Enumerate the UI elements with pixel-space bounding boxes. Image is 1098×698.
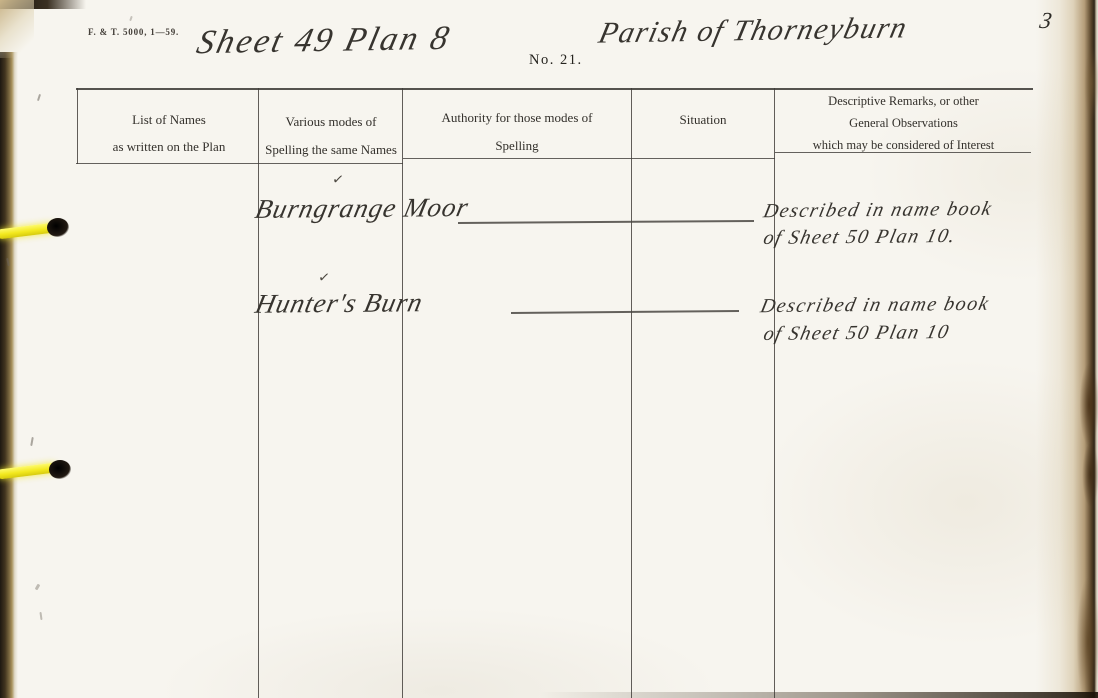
column-header-authority: Authority for those modes of Spelling — [404, 104, 630, 160]
stray-pen-mark — [37, 94, 41, 101]
document-scan: F. & T. 5000, 1—59. No. 21. Sheet 49 Pla… — [0, 0, 1098, 698]
column-header-line: Situation — [633, 112, 773, 128]
column-header-descriptive-remarks: Descriptive Remarks, or other General Ob… — [777, 90, 1030, 156]
stray-pen-mark — [129, 16, 133, 21]
handwritten-parish: Parish of Thorneyburn — [595, 11, 911, 50]
page-bottom-edge — [540, 692, 1098, 698]
entry-remark-line: Described in name book — [761, 198, 995, 223]
check-mark: ✓ — [331, 171, 345, 189]
column-header-line: as written on the Plan — [79, 133, 259, 160]
column-header-line: Descriptive Remarks, or other — [777, 90, 1030, 112]
page-right-torn-edge — [1036, 0, 1098, 698]
handwritten-sheet-plan: Sheet 49 Plan 8 — [193, 20, 455, 62]
binding-hole — [47, 218, 69, 237]
binding-hole — [49, 460, 71, 479]
column-divider-1 — [258, 88, 259, 698]
entry-name-burngrange-moor: Burngrange Moor — [252, 192, 472, 225]
column-header-line: Authority for those modes of — [404, 104, 630, 132]
entry-dash-line — [511, 310, 739, 313]
form-reference: F. & T. 5000, 1—59. — [88, 27, 179, 37]
column-header-line: Spelling the same Names — [261, 136, 401, 164]
entry-name-hunters-burn: Hunter's Burn — [252, 287, 426, 319]
check-mark: ✓ — [317, 269, 331, 287]
stray-pen-mark — [30, 437, 34, 446]
column-header-situation: Situation — [633, 112, 773, 128]
page-corner-top-left — [0, 0, 34, 58]
entry-remark-line: of Sheet 50 Plan 10. — [761, 225, 958, 250]
column-header-list-of-names: List of Names as written on the Plan — [79, 106, 259, 160]
stray-pen-mark — [35, 584, 41, 591]
column-header-line: General Observations — [777, 112, 1030, 134]
column-header-line: Spelling — [404, 132, 630, 160]
column-header-line: Various modes of — [261, 108, 401, 136]
column-divider-2 — [402, 88, 403, 698]
entry-dash-line — [458, 220, 754, 224]
column-header-line: List of Names — [79, 106, 259, 133]
stray-pen-mark — [39, 612, 42, 620]
column-header-spelling-modes: Various modes of Spelling the same Names — [261, 108, 401, 164]
column-divider-3 — [631, 88, 632, 698]
entry-remark-line: Described in name book — [758, 293, 992, 318]
column-divider-4 — [774, 88, 775, 698]
page-left-binding-edge — [0, 52, 18, 698]
sheet-number-label: No. 21. — [529, 52, 583, 69]
entry-remark-line: of Sheet 50 Plan 10 — [761, 321, 952, 346]
column-header-line: which may be considered of Interest — [777, 134, 1030, 156]
